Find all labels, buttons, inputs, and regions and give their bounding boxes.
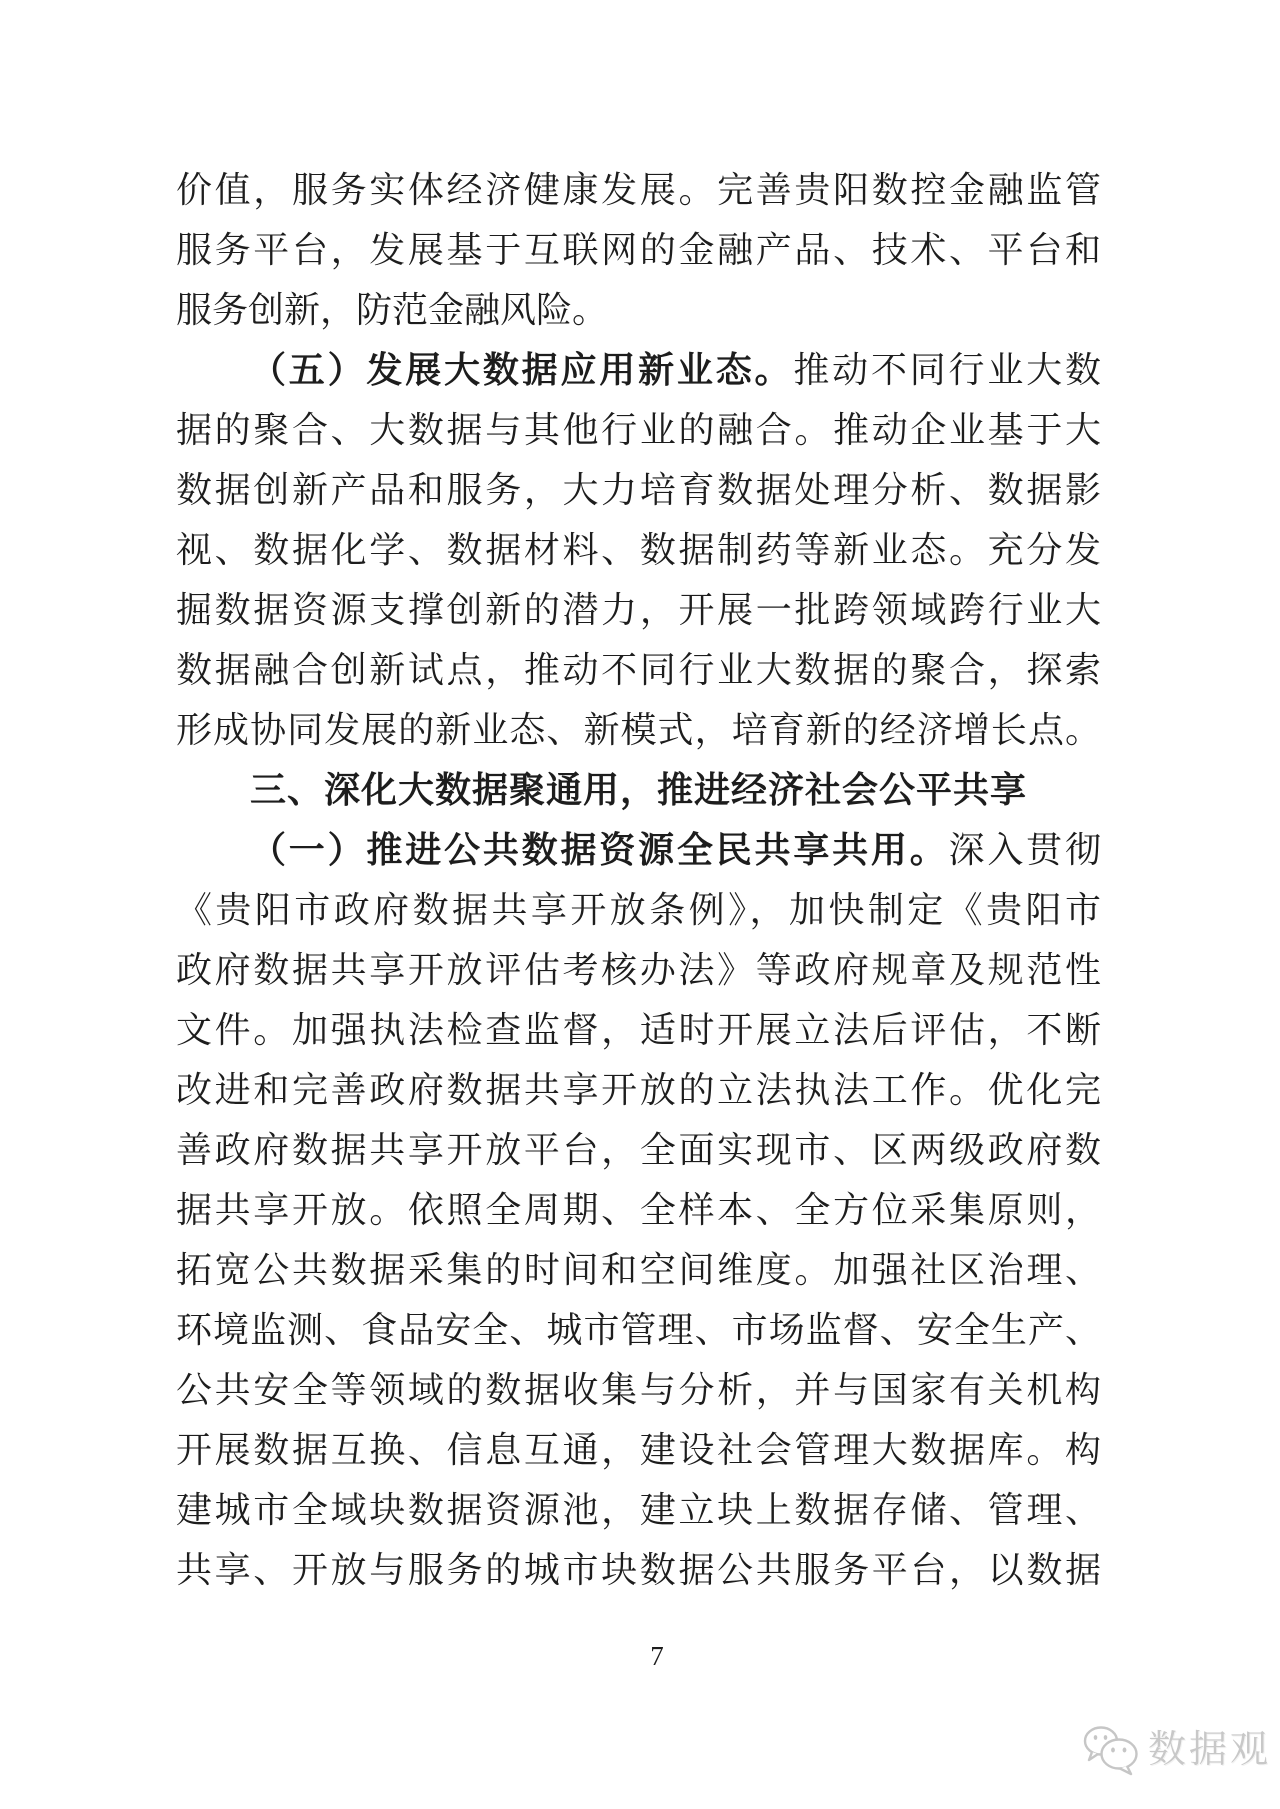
paragraph-line: 公共安全等领域的数据收集与分析，并与国家有关机构 <box>176 1360 1101 1420</box>
paragraph-line: 数据创新产品和服务，大力培育数据处理分析、数据影 <box>176 460 1101 520</box>
paragraph-line: 环境监测、食品安全、城市管理、市场监督、安全生产、 <box>176 1300 1101 1360</box>
paragraph-line: 据共享开放。依照全周期、全样本、全方位采集原则， <box>176 1180 1101 1240</box>
section-heading: 三、深化大数据聚通用，推进经济社会公平共享 <box>176 760 1101 820</box>
paragraph-line: 价值，服务实体经济健康发展。完善贵阳数控金融监管 <box>176 160 1101 220</box>
document-body: 价值，服务实体经济健康发展。完善贵阳数控金融监管 服务平台，发展基于互联网的金融… <box>176 160 1101 1600</box>
watermark-label: 数据观 <box>1148 1722 1271 1778</box>
paragraph-line: 文件。加强执法检查监督，适时开展立法后评估，不断 <box>176 1000 1101 1060</box>
paragraph-line: 改进和完善政府数据共享开放的立法执法工作。优化完 <box>176 1060 1101 1120</box>
paragraph-line: （一）推进公共数据资源全民共享共用。深入贯彻 <box>176 820 1101 880</box>
paragraph-line: 建城市全域块数据资源池，建立块上数据存储、管理、 <box>176 1480 1101 1540</box>
paragraph-line: 数据融合创新试点，推动不同行业大数据的聚合，探索 <box>176 640 1101 700</box>
paragraph-line: 服务创新，防范金融风险。 <box>176 280 1101 340</box>
page-number: 7 <box>17 1641 1280 1672</box>
paragraph-line: 视、数据化学、数据材料、数据制药等新业态。充分发 <box>176 520 1101 580</box>
subsection-heading-run: （一）推进公共数据资源全民共享共用。 <box>250 830 949 870</box>
watermark: 数据观 <box>1082 1722 1271 1778</box>
paragraph-line: 掘数据资源支撑创新的潜力，开展一批跨领域跨行业大 <box>176 580 1101 640</box>
paragraph-line: 拓宽公共数据采集的时间和空间维度。加强社区治理、 <box>176 1240 1101 1300</box>
paragraph-line: 政府数据共享开放评估考核办法》等政府规章及规范性 <box>176 940 1101 1000</box>
paragraph-line: 服务平台，发展基于互联网的金融产品、技术、平台和 <box>176 220 1101 280</box>
paragraph-line: 《贵阳市政府数据共享开放条例》，加快制定《贵阳市 <box>176 880 1101 940</box>
wechat-icon <box>1082 1724 1140 1776</box>
document-page: 价值，服务实体经济健康发展。完善贵阳数控金融监管 服务平台，发展基于互联网的金融… <box>0 0 1280 1809</box>
paragraph-run: 深入贯彻 <box>949 830 1101 870</box>
paragraph-line: 善政府数据共享开放平台，全面实现市、区两级政府数 <box>176 1120 1101 1180</box>
paragraph-run: 推动不同行业大数 <box>793 350 1101 390</box>
paragraph-line: （五）发展大数据应用新业态。推动不同行业大数 <box>176 340 1101 400</box>
paragraph-line: 开展数据互换、信息互通，建设社会管理大数据库。构 <box>176 1420 1101 1480</box>
paragraph-line: 形成协同发展的新业态、新模式，培育新的经济增长点。 <box>176 700 1101 760</box>
paragraph-line: 据的聚合、大数据与其他行业的融合。推动企业基于大 <box>176 400 1101 460</box>
subsection-heading-run: （五）发展大数据应用新业态。 <box>250 350 793 390</box>
paragraph-line: 共享、开放与服务的城市块数据公共服务平台，以数据 <box>176 1540 1101 1600</box>
